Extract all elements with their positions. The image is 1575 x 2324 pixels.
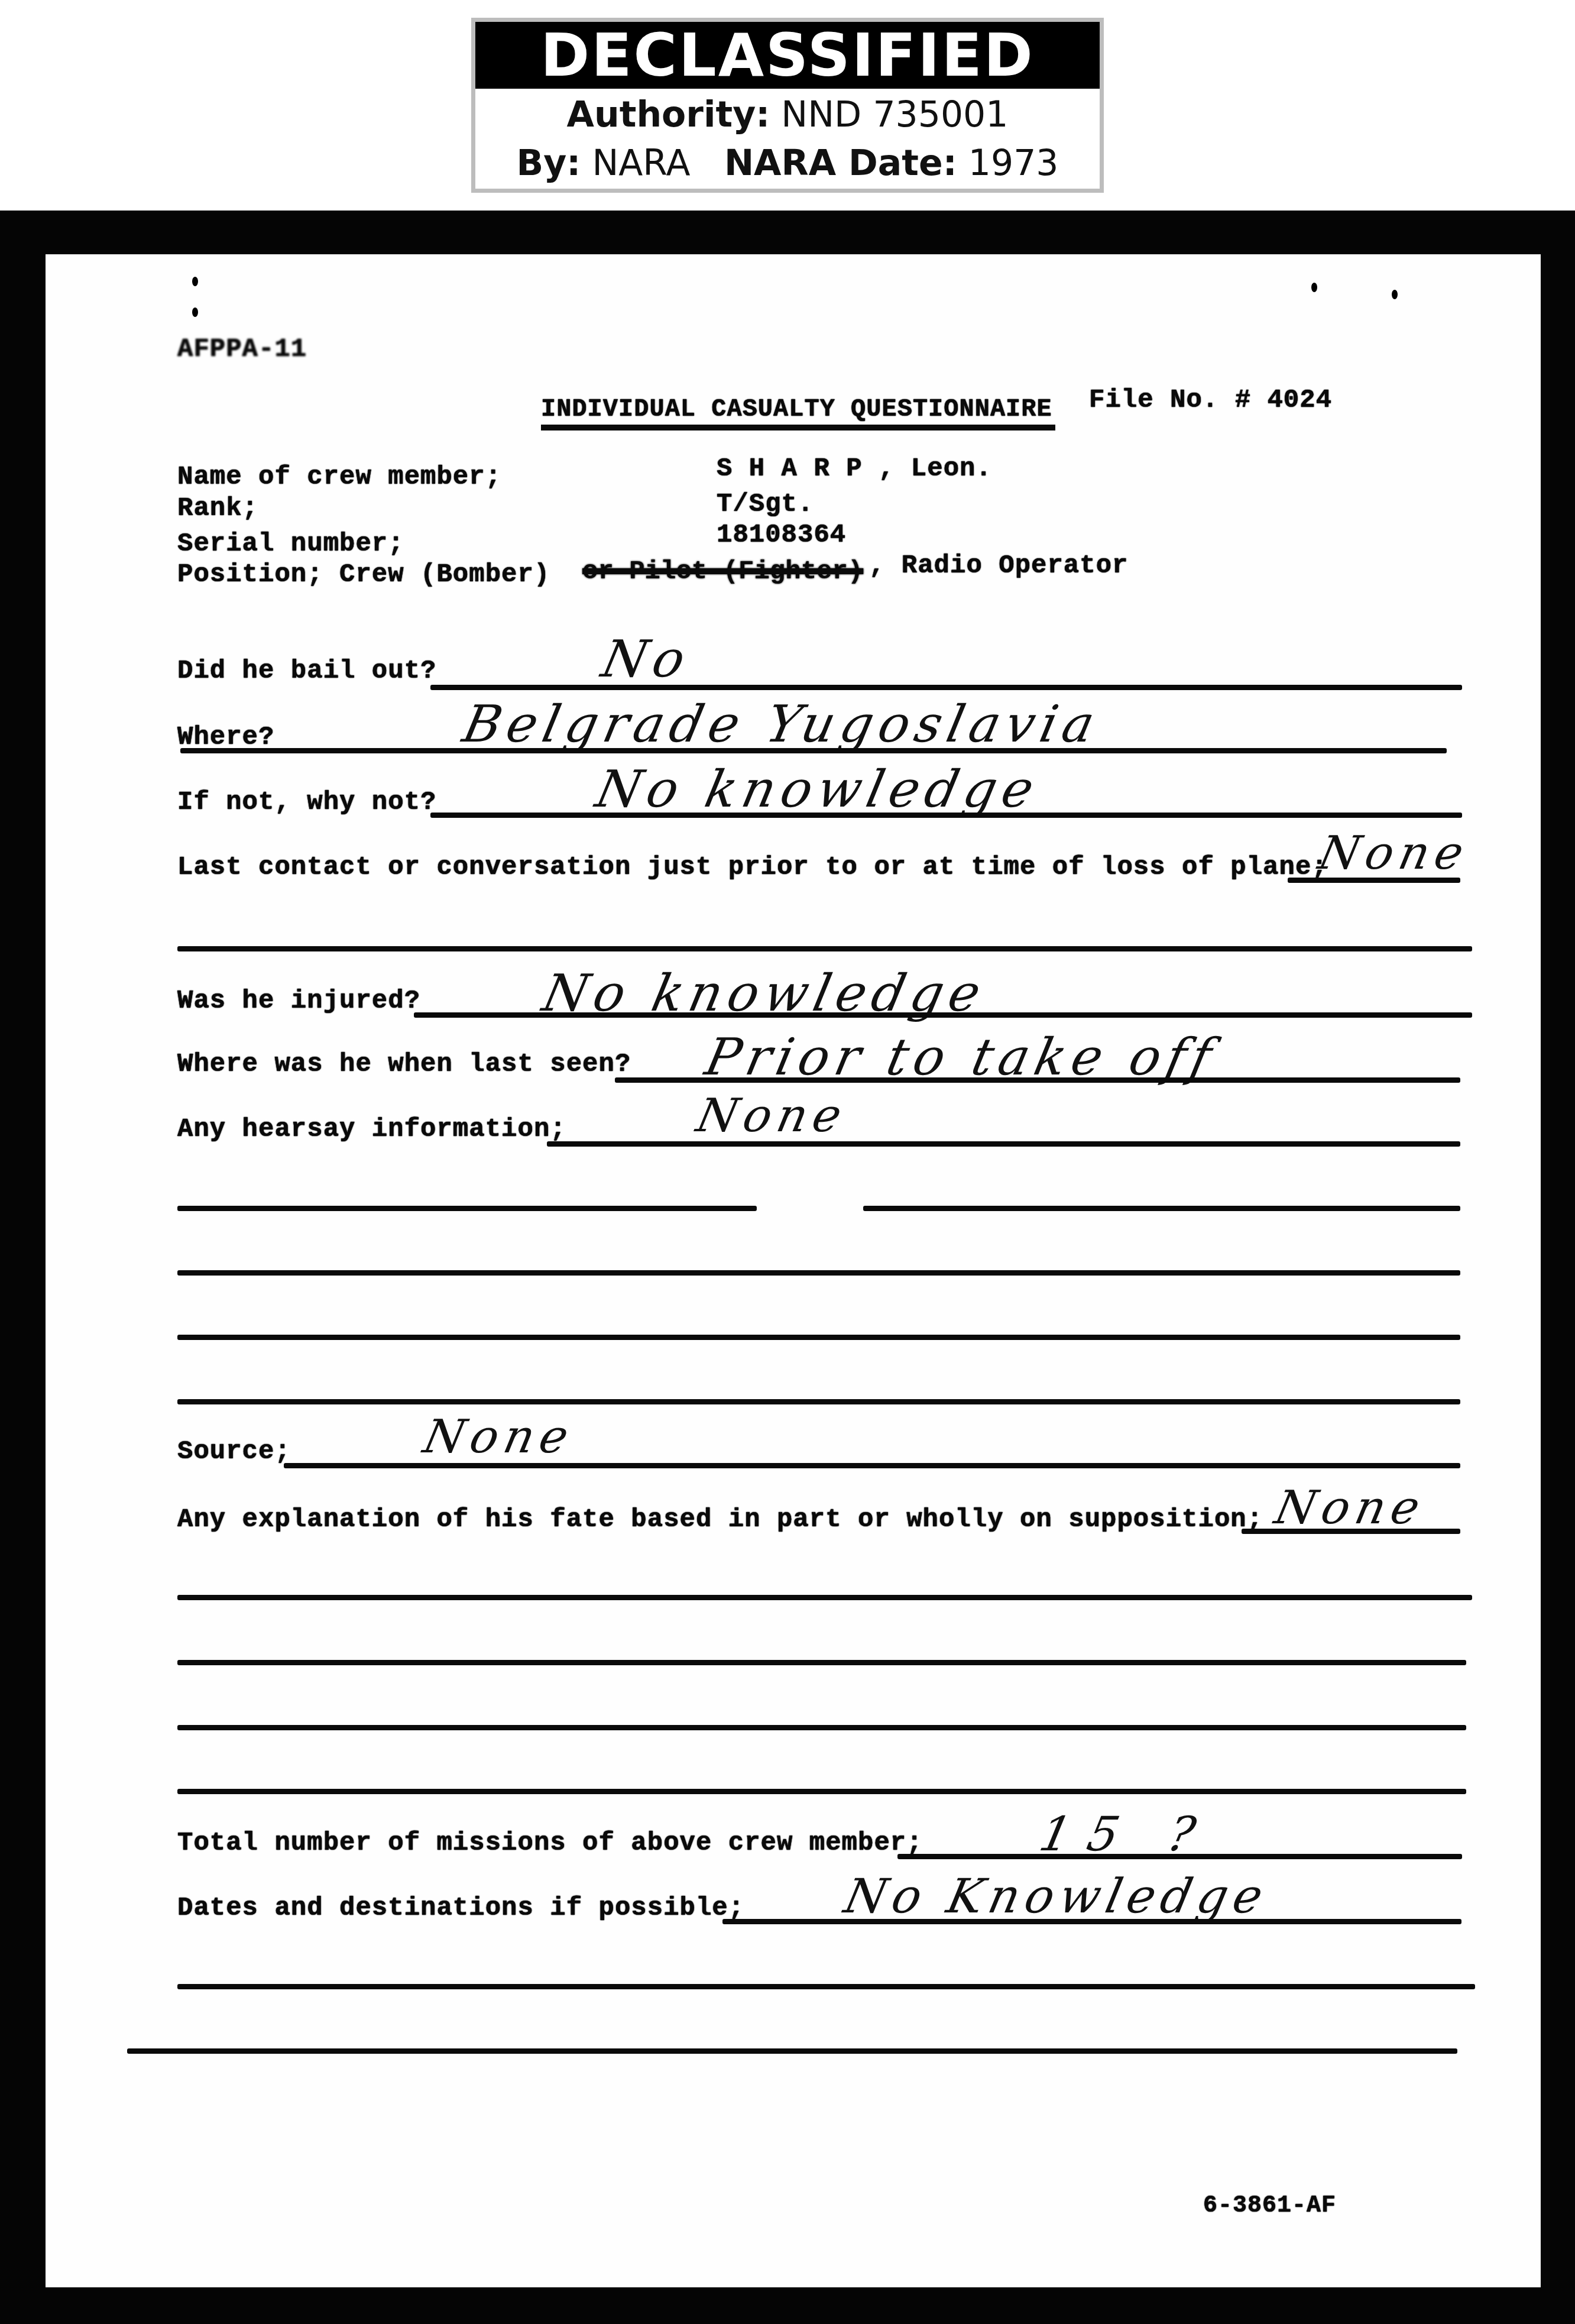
answer-line <box>414 1012 1472 1018</box>
file-number: File No. # 4024 <box>1089 386 1332 415</box>
answer-line <box>430 685 1462 690</box>
blank-line <box>177 1206 757 1211</box>
answer-line <box>1288 878 1460 883</box>
q-injured-label: Was he injured? <box>177 986 420 1016</box>
answer-line <box>897 1854 1462 1859</box>
stamp-by-date: By: NARA NARA Date: 1973 <box>475 143 1100 184</box>
q-last-contact-answer: None <box>1314 827 1474 880</box>
blank-line <box>177 946 1472 951</box>
by-value: NARA <box>592 143 690 184</box>
answer-line <box>615 1077 1460 1083</box>
blank-line <box>127 2048 1457 2054</box>
crew-name-label: Name of crew member; <box>177 462 501 492</box>
serial-value: 18108364 <box>717 520 846 550</box>
punch-mark <box>192 308 198 317</box>
blank-line <box>177 1660 1466 1665</box>
q-hearsay-answer: None <box>692 1089 852 1142</box>
blank-line <box>863 1206 1460 1211</box>
file-no-value: # 4024 <box>1235 386 1332 415</box>
answer-line <box>180 748 1447 753</box>
q-last-contact-label: Last contact or conversation just prior … <box>177 853 1328 882</box>
blank-line <box>177 1335 1460 1340</box>
blank-line <box>177 1270 1460 1276</box>
declassified-stamp: DECLASSIFIED Authority: NND 735001 By: N… <box>471 18 1104 193</box>
q-hearsay-label: Any hearsay information; <box>177 1115 566 1144</box>
file-no-label: File No. <box>1089 386 1218 415</box>
date-value: 1973 <box>968 143 1059 184</box>
rank-label: Rank; <box>177 494 258 523</box>
punch-mark <box>1392 290 1398 299</box>
punch-mark <box>1311 283 1317 292</box>
answer-line <box>722 1919 1461 1924</box>
q-bail-out-answer: No <box>597 630 696 689</box>
blank-line <box>177 1725 1466 1730</box>
date-label: NARA Date: <box>724 143 957 184</box>
document-title: INDIVIDUAL CASUALTY QUESTIONNAIRE <box>541 395 1052 423</box>
q-dates-answer: No Knowledge <box>840 1869 1273 1924</box>
answer-line <box>284 1463 1460 1468</box>
q-where-answer: Belgrade Yugoslavia <box>458 695 1105 754</box>
title-underline <box>541 425 1055 431</box>
q-source-label: Source; <box>177 1437 291 1467</box>
q-explanation-label: Any explanation of his fate based in par… <box>177 1505 1263 1535</box>
position-struck-text: or Pilot (Fighter) <box>582 557 863 587</box>
q-why-not-label: If not, why not? <box>177 788 436 817</box>
answer-line <box>1242 1529 1460 1534</box>
q-bail-out-label: Did he bail out? <box>177 656 436 686</box>
blank-line <box>177 1399 1460 1404</box>
blank-line <box>177 1984 1475 1989</box>
q-dates-label: Dates and destinations if possible; <box>177 1893 744 1923</box>
stamp-title: DECLASSIFIED <box>475 22 1100 89</box>
q-source-answer: None <box>419 1410 579 1464</box>
authority-value: NND 735001 <box>781 94 1008 135</box>
q-explanation-answer: None <box>1270 1481 1430 1535</box>
serial-label: Serial number; <box>177 529 404 559</box>
blank-line <box>177 1789 1466 1794</box>
form-code: AFPPA-11 <box>177 335 307 364</box>
rank-value: T/Sgt. <box>717 490 814 519</box>
footer-form-code: 6-3861-AF <box>1203 2193 1336 2219</box>
blank-line <box>177 1595 1472 1600</box>
position-label: Position; Crew (Bomber) <box>177 560 550 590</box>
punch-mark <box>192 277 198 286</box>
crew-name-value: S H A R P , Leon. <box>717 454 992 484</box>
authority-label: Authority: <box>567 94 770 135</box>
by-label: By: <box>517 143 581 184</box>
stamp-authority: Authority: NND 735001 <box>475 94 1100 135</box>
answer-line <box>430 813 1462 818</box>
q-why-not-answer: No knowledge <box>591 760 1045 819</box>
position-value: , Radio Operator <box>869 551 1128 581</box>
answer-line <box>547 1141 1460 1147</box>
q-missions-label: Total number of missions of above crew m… <box>177 1828 923 1858</box>
q-last-seen-label: Where was he when last seen? <box>177 1050 631 1079</box>
